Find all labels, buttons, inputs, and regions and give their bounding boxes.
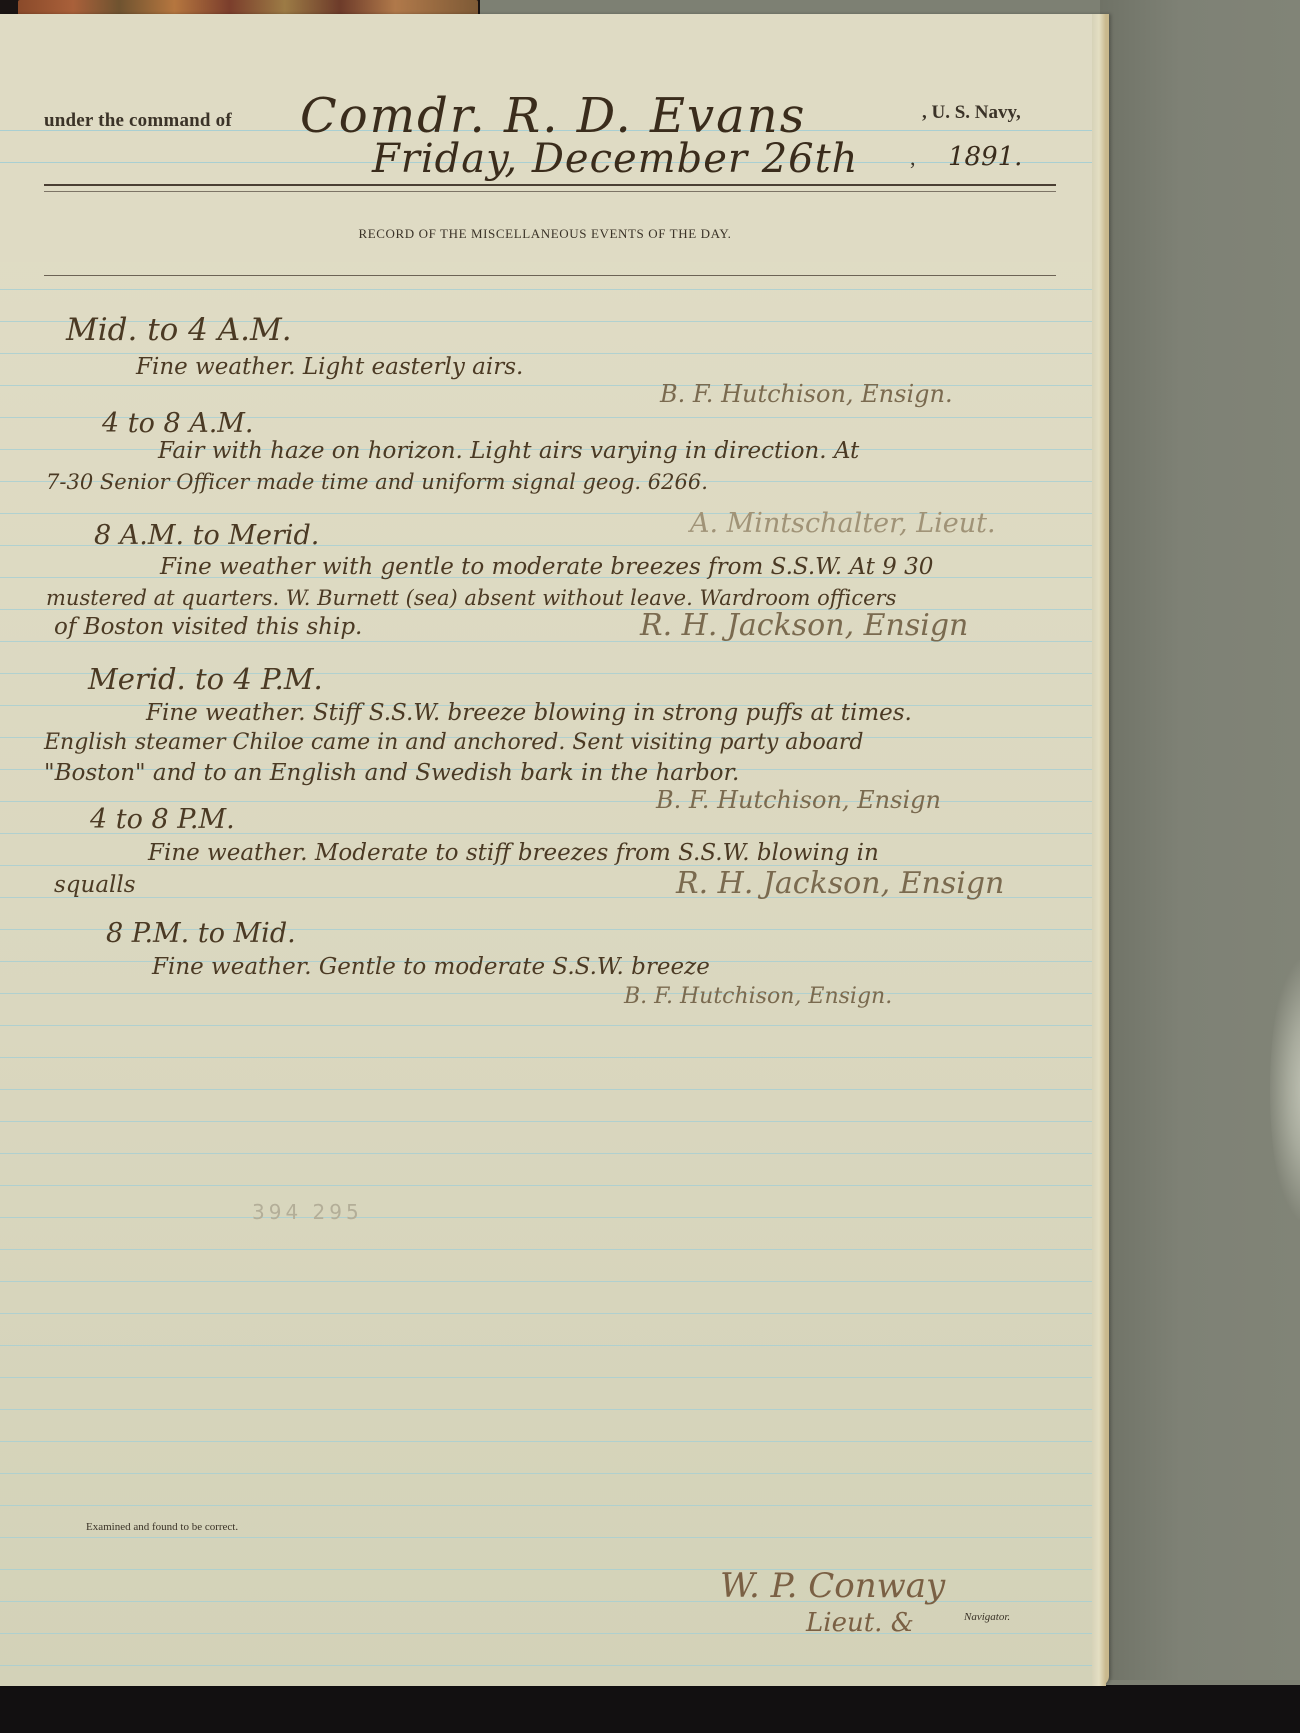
officer-signature: B. F. Hutchison, Ensign	[656, 786, 941, 814]
watch-label: 4 to 8 P.M.	[90, 804, 235, 835]
watch-label: 4 to 8 A.M.	[102, 408, 254, 439]
watch-label: Mid. to 4 A.M.	[66, 312, 292, 348]
entry-line: of Boston visited this ship.	[54, 614, 362, 640]
officer-signature: B. F. Hutchison, Ensign.	[624, 984, 892, 1009]
entry-line: Fine weather. Light easterly airs.	[136, 354, 523, 380]
log-date: Friday, December 26th	[372, 136, 858, 182]
entry-line: mustered at quarters. W. Burnett (sea) a…	[46, 586, 896, 610]
navigator-rank: Lieut. &	[806, 1608, 914, 1638]
officer-signature: B. F. Hutchison, Ensign.	[660, 380, 953, 408]
header-double-rule	[44, 184, 1056, 192]
examined-label: Examined and found to be correct.	[86, 1521, 238, 1533]
entry-line: squalls	[54, 872, 136, 898]
entry-line: Fine weather. Stiff S.S.W. breeze blowin…	[146, 700, 912, 726]
entry-line: "Boston" and to an English and Swedish b…	[44, 760, 739, 786]
officer-signature: A. Mintschalter, Lieut.	[690, 508, 996, 539]
officer-signature: R. H. Jackson, Ensign	[676, 866, 1004, 901]
watch-label: Merid. to 4 P.M.	[88, 662, 323, 696]
navy-label: , U. S. Navy,	[922, 102, 1021, 124]
entry-line: Fair with haze on horizon. Light airs va…	[158, 438, 859, 464]
background-surface	[1100, 0, 1300, 1680]
entry-line: Fine weather. Moderate to stiff breezes …	[148, 840, 879, 866]
under-command-label: under the command of	[44, 110, 232, 132]
book-bottom-shadow	[0, 1685, 1300, 1733]
entry-line: 7-30 Senior Officer made time and unifor…	[46, 470, 708, 494]
navigator-signature: W. P. Conway	[720, 1566, 945, 1606]
log-book-page: under the command of Comdr. R. D. Evans …	[0, 14, 1109, 1686]
section-title: RECORD OF THE MISCELLANEOUS EVENTS OF TH…	[0, 226, 1090, 242]
officer-signature: R. H. Jackson, Ensign	[640, 608, 968, 643]
page-edge	[1092, 14, 1106, 1686]
navigator-label: Navigator.	[964, 1611, 1010, 1623]
faint-page-number-stamp: 394 295	[252, 1200, 363, 1224]
year-comma: ,	[910, 145, 916, 171]
watch-label: 8 A.M. to Merid.	[94, 520, 319, 551]
entry-line: English steamer Chiloe came in and ancho…	[44, 730, 863, 755]
log-year: 1891.	[948, 142, 1022, 172]
section-rule	[44, 275, 1056, 276]
entry-line: Fine weather with gentle to moderate bre…	[160, 554, 933, 580]
entry-line: Fine weather. Gentle to moderate S.S.W. …	[152, 954, 710, 980]
watch-label: 8 P.M. to Mid.	[106, 918, 296, 949]
